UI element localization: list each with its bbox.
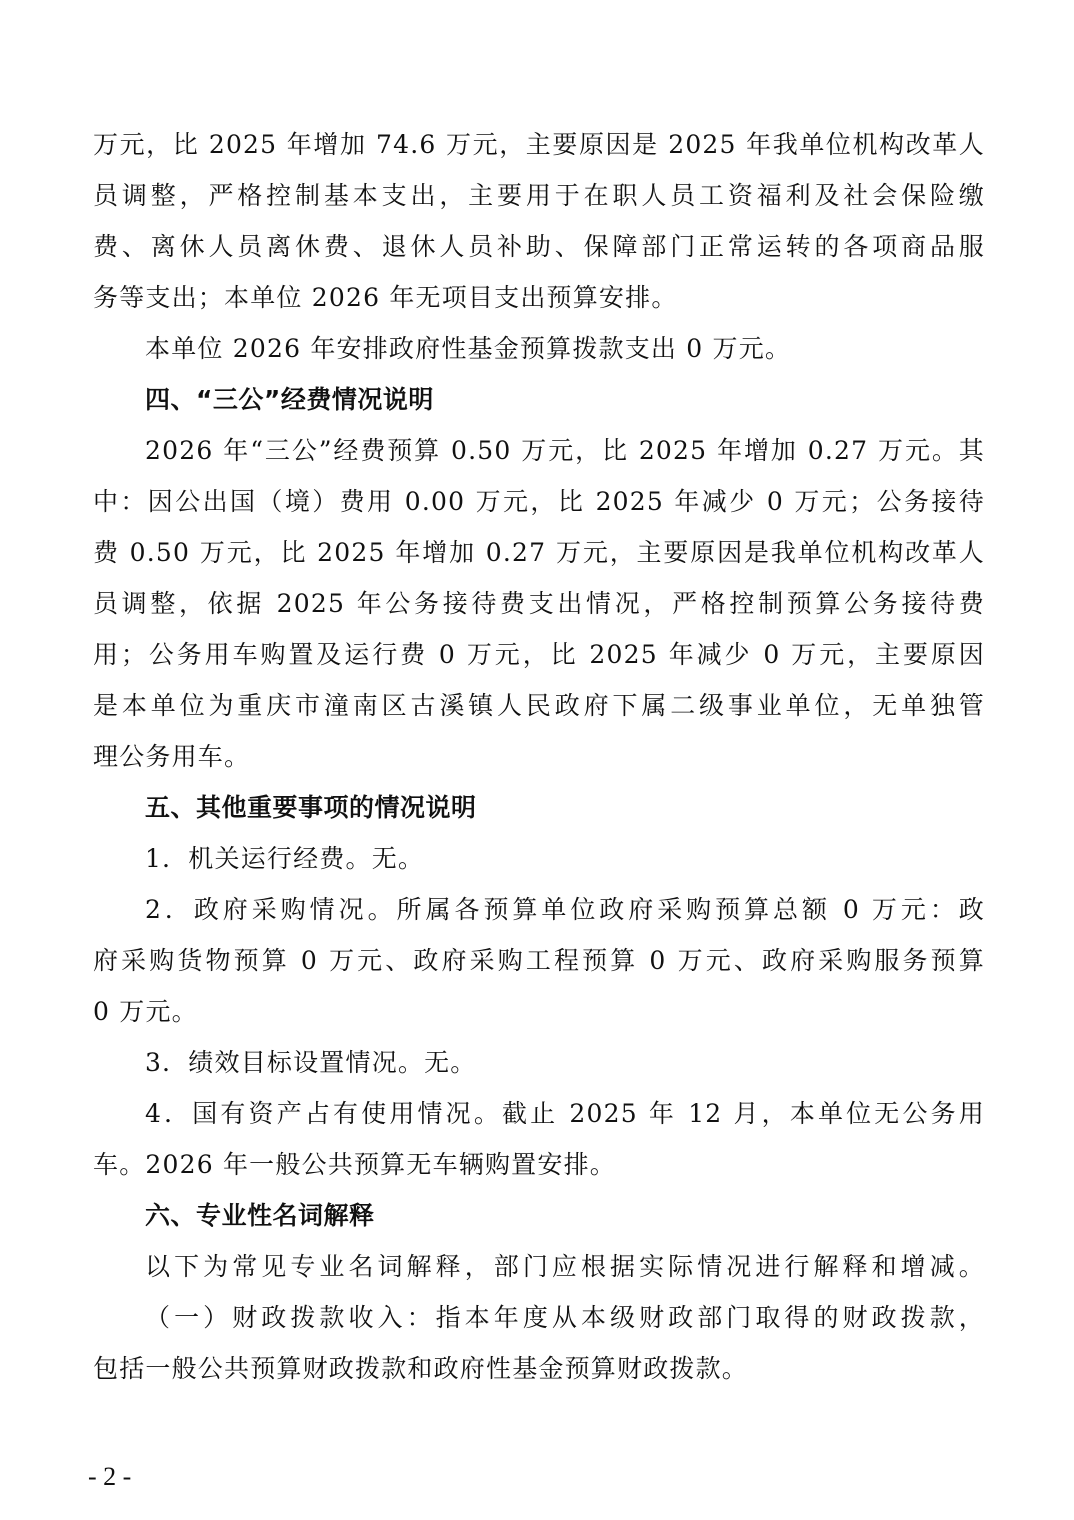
body-text-line: 0 万元。	[93, 995, 985, 1029]
body-text-line: 万元，比 2025 年增加 74.6 万元，主要原因是 2025 年我单位机构改…	[93, 128, 985, 162]
section-heading-five: 五、其他重要事项的情况说明	[145, 791, 985, 825]
body-text-line: 费 0.50 万元，比 2025 年增加 0.27 万元，主要原因是我单位机构改…	[93, 536, 985, 570]
body-text-line: 是本单位为重庆市潼南区古溪镇人民政府下属二级事业单位，无单独管	[93, 689, 985, 723]
list-item-text: 3．绩效目标设置情况。无。	[145, 1046, 985, 1080]
body-text-line: 中：因公出国（境）费用 0.00 万元，比 2025 年减少 0 万元；公务接待	[93, 485, 985, 519]
document-page: 万元，比 2025 年增加 74.6 万元，主要原因是 2025 年我单位机构改…	[0, 0, 1074, 1520]
section-heading-four: 四、“三公”经费情况说明	[145, 383, 985, 417]
body-text-line: 车。2026 年一般公共预算无车辆购置安排。	[93, 1148, 985, 1182]
body-text-line: 员调整，严格控制基本支出，主要用于在职人员工资福利及社会保险缴	[93, 179, 985, 213]
body-text-line: 府采购货物预算 0 万元、政府采购工程预算 0 万元、政府采购服务预算	[93, 944, 985, 978]
body-text-line: 理公务用车。	[93, 740, 985, 774]
list-item-text: 2．政府采购情况。所属各预算单位政府采购预算总额 0 万元：政	[145, 893, 985, 927]
list-item-text: 4．国有资产占有使用情况。截止 2025 年 12 月，本单位无公务用	[145, 1097, 985, 1131]
body-text-line: 务等支出；本单位 2026 年无项目支出预算安排。	[93, 281, 985, 315]
body-text-line: （一）财政拨款收入：指本年度从本级财政部门取得的财政拨款，	[145, 1301, 985, 1335]
body-text-line: 以下为常见专业名词解释，部门应根据实际情况进行解释和增减。	[145, 1250, 985, 1284]
section-heading-six: 六、专业性名词解释	[145, 1199, 985, 1233]
list-item-text: 1．机关运行经费。无。	[145, 842, 985, 876]
body-text-line: 本单位 2026 年安排政府性基金预算拨款支出 0 万元。	[145, 332, 985, 366]
page-number: - 2 -	[88, 1462, 131, 1492]
body-text-line: 2026 年“三公”经费预算 0.50 万元，比 2025 年增加 0.27 万…	[145, 434, 985, 468]
body-text-line: 包括一般公共预算财政拨款和政府性基金预算财政拨款。	[93, 1352, 985, 1386]
body-text-line: 员调整，依据 2025 年公务接待费支出情况，严格控制预算公务接待费	[93, 587, 985, 621]
body-text-line: 用；公务用车购置及运行费 0 万元，比 2025 年减少 0 万元，主要原因	[93, 638, 985, 672]
body-text-line: 费、离休人员离休费、退休人员补助、保障部门正常运转的各项商品服	[93, 230, 985, 264]
